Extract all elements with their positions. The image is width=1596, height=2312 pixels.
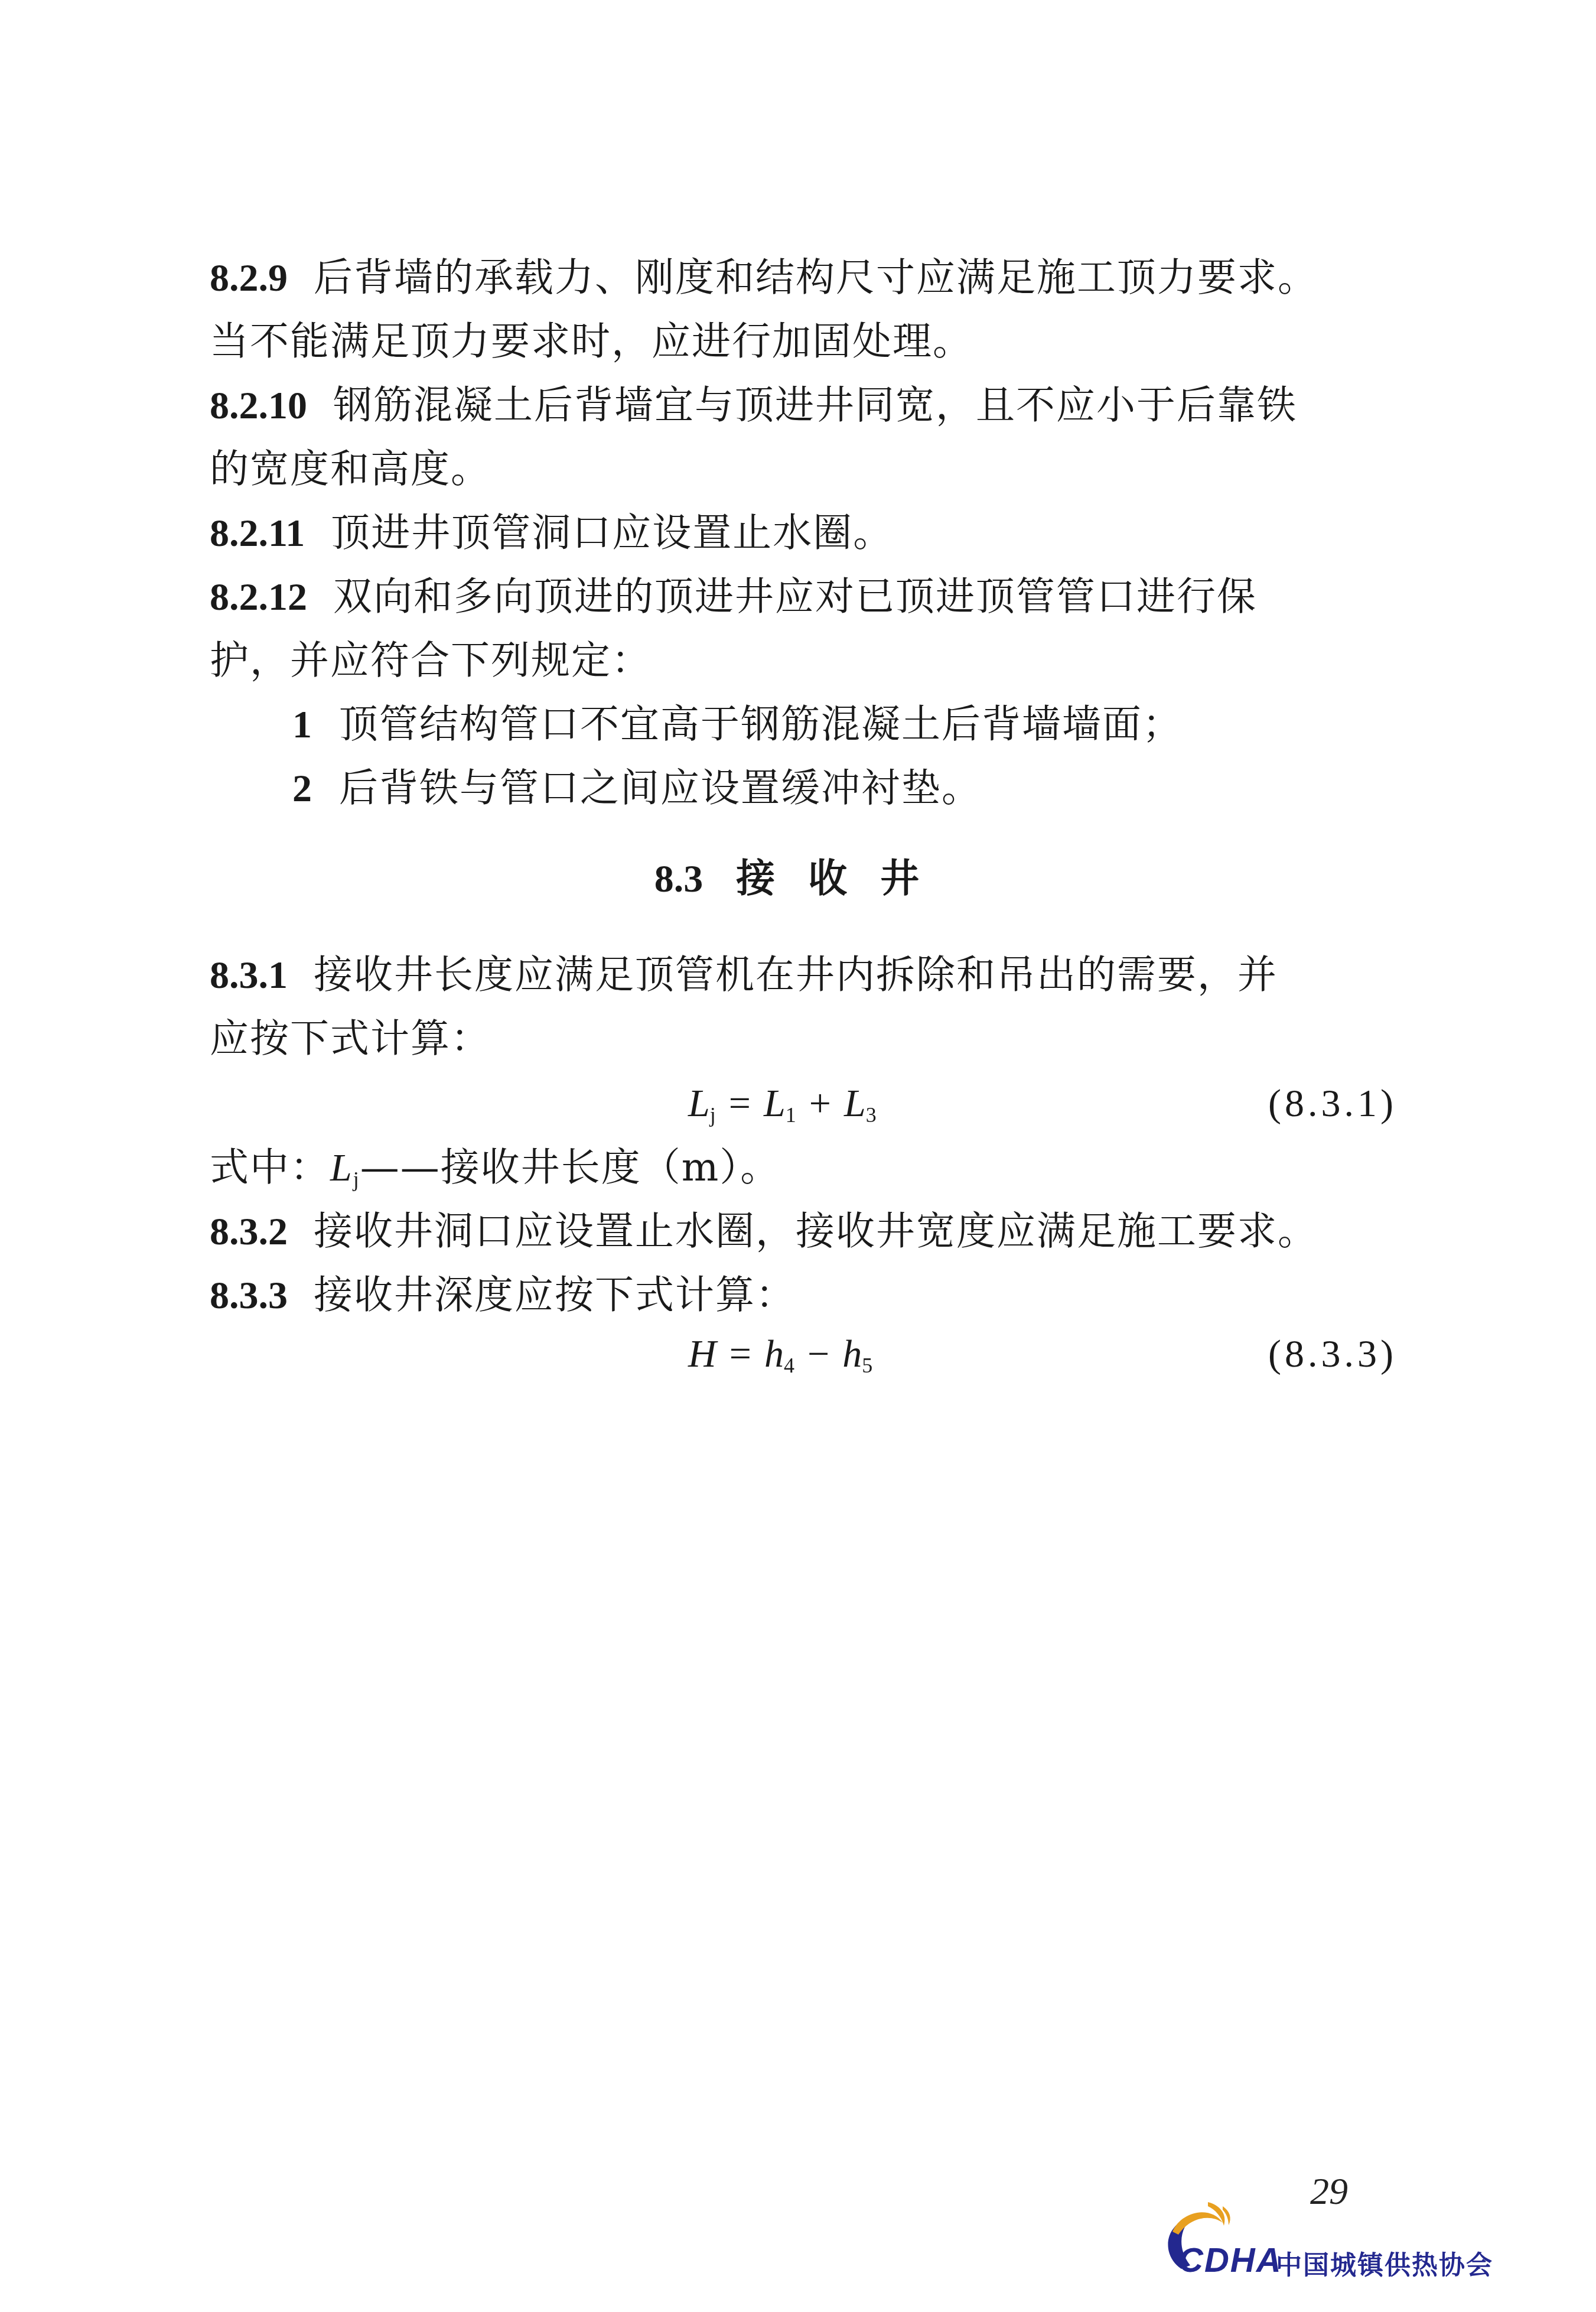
- clause-number: 8.3.3: [210, 1274, 288, 1317]
- list-item: 2后背铁与管口之间应设置缓冲衬垫。: [292, 759, 982, 818]
- formula-expression: H=h4−h5: [688, 1325, 872, 1395]
- clause-text: 后背墙的承载力、刚度和结构尺寸应满足施工顶力要求。: [314, 255, 1318, 300]
- list-item-text: 后背铁与管口之间应设置缓冲衬垫。: [339, 765, 982, 811]
- clause-8-2-10-line2: 的宽度和高度。: [210, 440, 491, 499]
- clause-8-2-12-line1: 8.2.12双向和多向顶进的顶进井应对已顶进顶管管口进行保: [210, 567, 1257, 627]
- clause-8-2-12-line2: 护，并应符合下列规定：: [210, 631, 652, 690]
- list-item: 1顶管结构管口不宜高于钢筋混凝土后背墙墙面；: [292, 695, 1183, 755]
- clause-number: 8.2.9: [210, 256, 288, 300]
- clause-8-2-11: 8.2.11顶进井顶管洞口应设置止水圈。: [210, 503, 893, 563]
- clause-number: 8.2.12: [210, 575, 307, 619]
- clause-number: 8.3.1: [210, 954, 288, 997]
- logo-organization-name: 中国城镇供热协会: [1276, 2244, 1493, 2282]
- clause-8-2-10-line1: 8.2.10钢筋混凝土后背墙宜与顶进井同宽，且不应小于后靠铁: [210, 376, 1297, 435]
- clause-text: 双向和多向顶进的顶进井应对已顶进顶管管口进行保: [333, 574, 1257, 619]
- logo-abbreviation: CDHA: [1178, 2241, 1282, 2280]
- clause-text: 顶进井顶管洞口应设置止水圈。: [331, 510, 893, 555]
- cdha-logo: CDHA 中国城镇供热协会: [1158, 2199, 1583, 2282]
- clause-number: 8.2.11: [210, 512, 305, 555]
- section-number: 8.3: [654, 857, 703, 900]
- clause-text: 接收井洞口应设置止水圈，接收井宽度应满足施工要求。: [314, 1208, 1318, 1254]
- clause-8-3-2: 8.3.2接收井洞口应设置止水圈，接收井宽度应满足施工要求。: [210, 1202, 1318, 1261]
- clause-text: 钢筋混凝土后背墙宜与顶进井同宽，且不应小于后靠铁: [333, 382, 1297, 428]
- section-title: 接收井: [736, 856, 952, 901]
- clause-text: 接收井长度应满足顶管机在井内拆除和吊出的需要，并: [314, 952, 1278, 997]
- list-item-text: 顶管结构管口不宜高于钢筋混凝土后背墙墙面；: [339, 701, 1183, 747]
- clause-8-3-3: 8.3.3接收井深度应按下式计算：: [210, 1266, 796, 1325]
- formula-expression: Lj=L1+L3: [688, 1074, 877, 1144]
- list-item-number: 2: [292, 767, 313, 810]
- clause-number: 8.3.2: [210, 1210, 288, 1253]
- clause-8-3-1-line2: 应按下式计算：: [210, 1009, 491, 1068]
- clause-8-3-1-line1: 8.3.1接收井长度应满足顶管机在井内拆除和吊出的需要，并: [210, 945, 1278, 1005]
- clause-8-2-9-line1: 8.2.9后背墙的承载力、刚度和结构尺寸应满足施工顶力要求。: [210, 248, 1318, 308]
- clause-8-2-9-line2: 当不能满足顶力要求时，应进行加固处理。: [210, 312, 973, 371]
- section-heading: 8.3接收井: [210, 848, 1397, 909]
- equation-number: (8.3.3): [1268, 1325, 1397, 1384]
- clause-text: 接收井深度应按下式计算：: [314, 1272, 796, 1318]
- equation-number: (8.3.1): [1268, 1074, 1397, 1133]
- list-item-number: 1: [292, 703, 313, 746]
- clause-number: 8.2.10: [210, 384, 307, 427]
- formula-variable-definition: 式中：Lj——接收井长度（m）。: [210, 1138, 780, 1209]
